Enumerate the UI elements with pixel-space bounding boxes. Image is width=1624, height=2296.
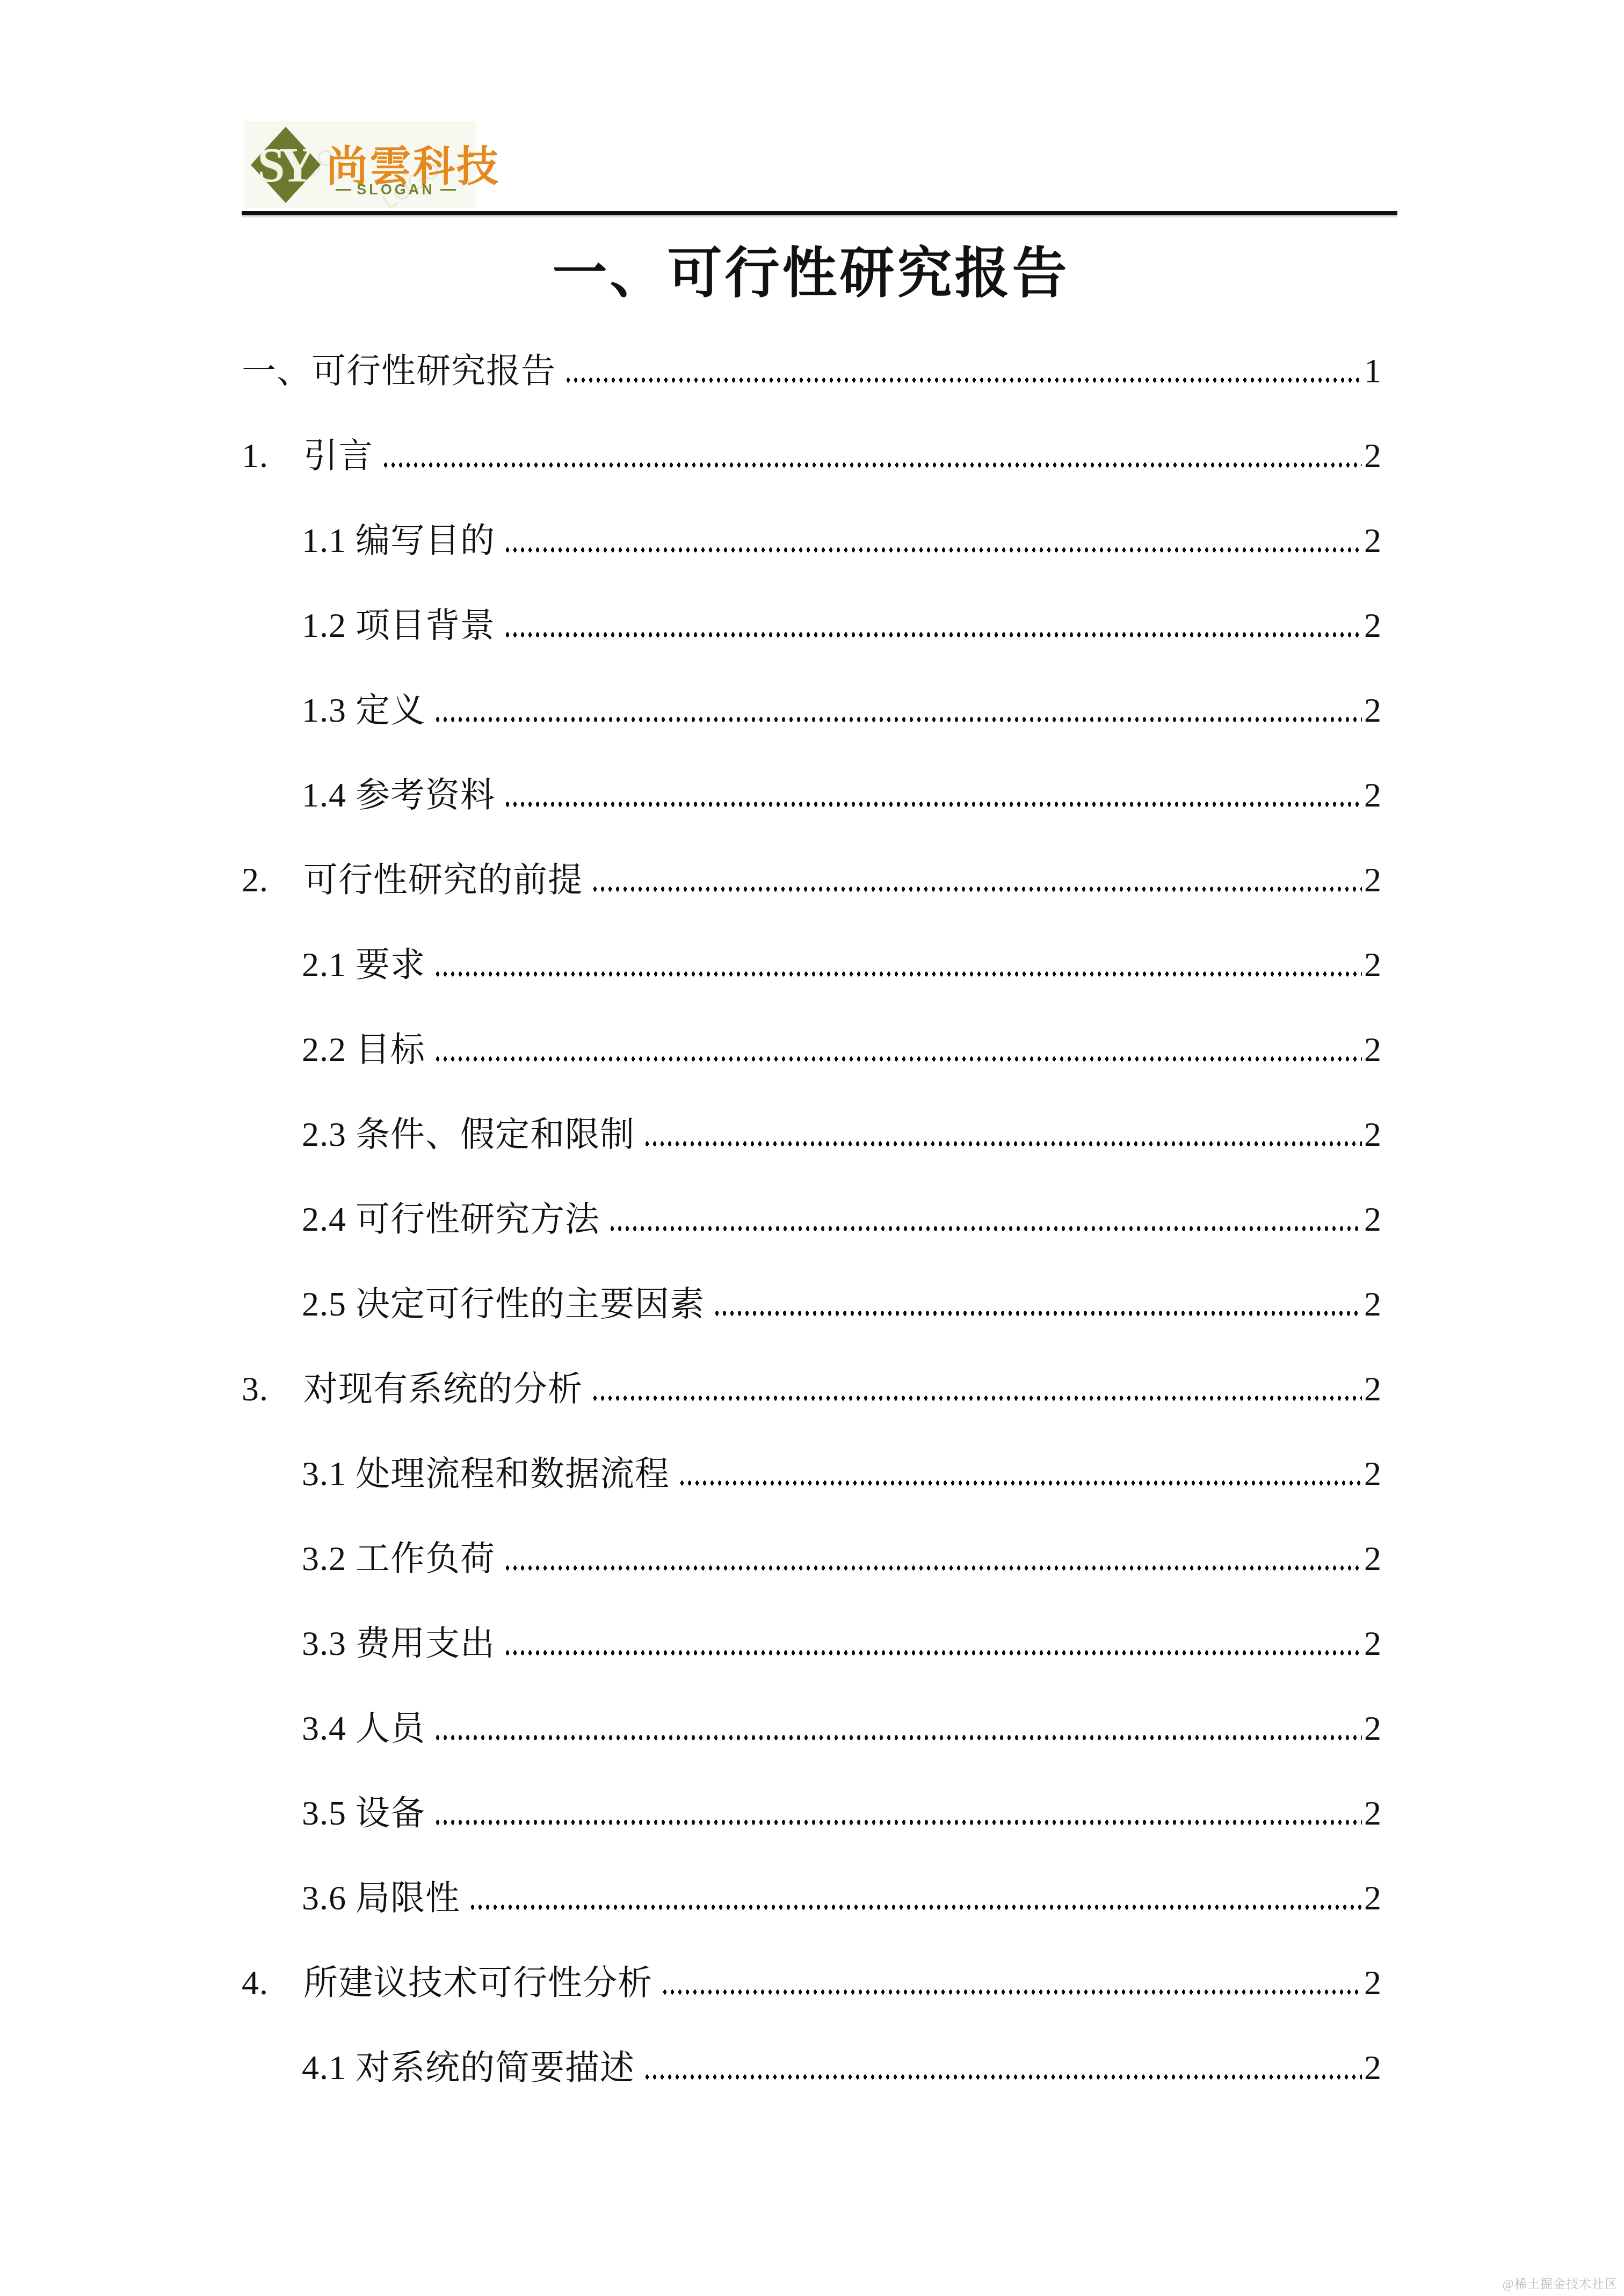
slogan-text: SLOGAN xyxy=(357,181,435,198)
toc-dot-leader xyxy=(504,607,1362,644)
logo-slogan: SLOGAN xyxy=(336,181,456,198)
toc-entry-label: 2.1 要求 xyxy=(302,946,425,984)
toc-entry-label: 1.3 定义 xyxy=(302,692,425,729)
toc-page-number: 2 xyxy=(1364,1625,1381,1662)
toc-page-number: 2 xyxy=(1364,1794,1381,1832)
toc-page-number: 2 xyxy=(1364,522,1381,560)
toc-entry-label: 2.4 可行性研究方法 xyxy=(302,1201,600,1238)
toc-entry-label: 3.5 设备 xyxy=(302,1794,425,1832)
toc-dot-leader xyxy=(504,1625,1362,1662)
toc-entry[interactable]: 4.1 对系统的简要描述 2 xyxy=(242,2025,1381,2110)
toc-page-number: 2 xyxy=(1364,607,1381,644)
toc-entry[interactable]: 4. 所建议技术可行性分析 2 xyxy=(242,1941,1381,2025)
toc-dot-leader xyxy=(591,1370,1362,1408)
toc-dot-leader xyxy=(564,352,1362,390)
page-title: 一、可行性研究报告 xyxy=(242,243,1380,306)
toc-dot-leader xyxy=(643,2049,1362,2087)
toc-entry-label: 4.1 对系统的简要描述 xyxy=(302,2049,635,2087)
toc-entry[interactable]: 2.5 决定可行性的主要因素 2 xyxy=(242,1262,1381,1347)
toc-entry-label: 1.2 项目背景 xyxy=(302,607,495,644)
toc-dot-leader xyxy=(591,861,1362,899)
toc-entry[interactable]: 3.2 工作负荷 2 xyxy=(242,1516,1381,1601)
toc-page-number: 2 xyxy=(1364,1031,1381,1069)
company-logo: LOGO LOGO SY 尚雲科技 SLOGAN xyxy=(244,121,476,208)
logo-monogram: SY xyxy=(251,127,321,203)
document-page: LOGO LOGO SY 尚雲科技 SLOGAN 一、可行性研究报告 一、可行性… xyxy=(0,0,1624,2296)
toc-page-number: 2 xyxy=(1364,1455,1381,1493)
toc-entry[interactable]: 2.3 条件、假定和限制 2 xyxy=(242,1092,1381,1177)
toc-entry-label: 1.4 参考资料 xyxy=(302,776,495,814)
site-watermark: @稀土掘金技术社区 xyxy=(1503,2274,1618,2292)
toc-page-number: 2 xyxy=(1364,1201,1381,1238)
toc-page-number: 2 xyxy=(1364,2049,1381,2087)
toc-page-number: 2 xyxy=(1364,776,1381,814)
toc-page-number: 2 xyxy=(1364,1964,1381,2002)
toc-entry[interactable]: 2.2 目标 2 xyxy=(242,1007,1381,1092)
toc-page-number: 2 xyxy=(1364,1879,1381,1917)
toc-entry[interactable]: 2. 可行性研究的前提 2 xyxy=(242,838,1381,922)
toc-page-number: 2 xyxy=(1364,1370,1381,1408)
toc-entry[interactable]: 2.1 要求 2 xyxy=(242,922,1381,1007)
toc-dot-leader xyxy=(434,1794,1362,1832)
toc-entry[interactable]: 3.5 设备 2 xyxy=(242,1771,1381,1856)
toc-entry[interactable]: 1.1 编写目的 2 xyxy=(242,498,1381,583)
toc-dot-leader xyxy=(608,1201,1362,1238)
toc-entry-label: 一、可行性研究报告 xyxy=(242,352,556,390)
toc-page-number: 2 xyxy=(1364,1540,1381,1578)
toc-entry[interactable]: 1.2 项目背景 2 xyxy=(242,583,1381,668)
toc-entry[interactable]: 3. 对现有系统的分析 2 xyxy=(242,1347,1381,1432)
toc-entry-label: 2.2 目标 xyxy=(302,1031,425,1069)
toc-dot-leader xyxy=(713,1285,1362,1323)
toc-entry-label: 3.2 工作负荷 xyxy=(302,1540,495,1578)
toc-entry-label: 2. 可行性研究的前提 xyxy=(242,861,583,899)
toc-entry-label: 3. 对现有系统的分析 xyxy=(242,1370,583,1408)
toc-dot-leader xyxy=(504,776,1362,814)
toc-page-number: 2 xyxy=(1364,1116,1381,1153)
toc-dot-leader xyxy=(504,1540,1362,1578)
toc-entry-label: 3.1 处理流程和数据流程 xyxy=(302,1455,670,1493)
toc-entry[interactable]: 1.3 定义 2 xyxy=(242,668,1381,753)
toc-dot-leader xyxy=(382,437,1362,475)
toc-entry-label: 2.5 决定可行性的主要因素 xyxy=(302,1285,705,1323)
toc-entry[interactable]: 1.4 参考资料 2 xyxy=(242,753,1381,838)
toc-entry[interactable]: 2.4 可行性研究方法 2 xyxy=(242,1177,1381,1262)
toc-entry-label: 3.6 局限性 xyxy=(302,1879,460,1917)
toc-page-number: 2 xyxy=(1364,861,1381,899)
toc-page-number: 1 xyxy=(1364,352,1381,390)
toc-entry-label: 4. 所建议技术可行性分析 xyxy=(242,1964,653,2002)
toc-page-number: 2 xyxy=(1364,1285,1381,1323)
toc-entry[interactable]: 3.3 费用支出 2 xyxy=(242,1601,1381,1686)
toc-entry-label: 3.4 人员 xyxy=(302,1710,425,1747)
table-of-contents: 一、可行性研究报告 1 1. 引言 2 1.1 编写目的 2 1.2 项目背景 … xyxy=(242,329,1381,2110)
toc-page-number: 2 xyxy=(1364,946,1381,984)
toc-entry-label: 1.1 编写目的 xyxy=(302,522,495,560)
toc-dot-leader xyxy=(434,946,1362,984)
header-divider xyxy=(242,211,1397,215)
toc-dot-leader xyxy=(469,1879,1362,1917)
toc-page-number: 2 xyxy=(1364,437,1381,475)
toc-entry-label: 3.3 费用支出 xyxy=(302,1625,495,1662)
toc-entry[interactable]: 3.1 处理流程和数据流程 2 xyxy=(242,1432,1381,1516)
toc-dot-leader xyxy=(434,1031,1362,1069)
toc-dot-leader xyxy=(661,1964,1362,2002)
toc-dot-leader xyxy=(504,522,1362,560)
toc-dot-leader xyxy=(678,1455,1362,1493)
toc-entry[interactable]: 1. 引言 2 xyxy=(242,413,1381,498)
slogan-right-line xyxy=(440,189,456,191)
toc-entry[interactable]: 3.6 局限性 2 xyxy=(242,1856,1381,1941)
toc-page-number: 2 xyxy=(1364,1710,1381,1747)
toc-entry-label: 2.3 条件、假定和限制 xyxy=(302,1116,635,1153)
toc-entry[interactable]: 3.4 人员 2 xyxy=(242,1686,1381,1771)
toc-dot-leader xyxy=(434,692,1362,729)
toc-dot-leader xyxy=(643,1116,1362,1153)
toc-dot-leader xyxy=(434,1710,1362,1747)
toc-entry[interactable]: 一、可行性研究报告 1 xyxy=(242,329,1381,413)
slogan-left-line xyxy=(336,189,351,191)
toc-page-number: 2 xyxy=(1364,692,1381,729)
toc-entry-label: 1. 引言 xyxy=(242,437,373,475)
